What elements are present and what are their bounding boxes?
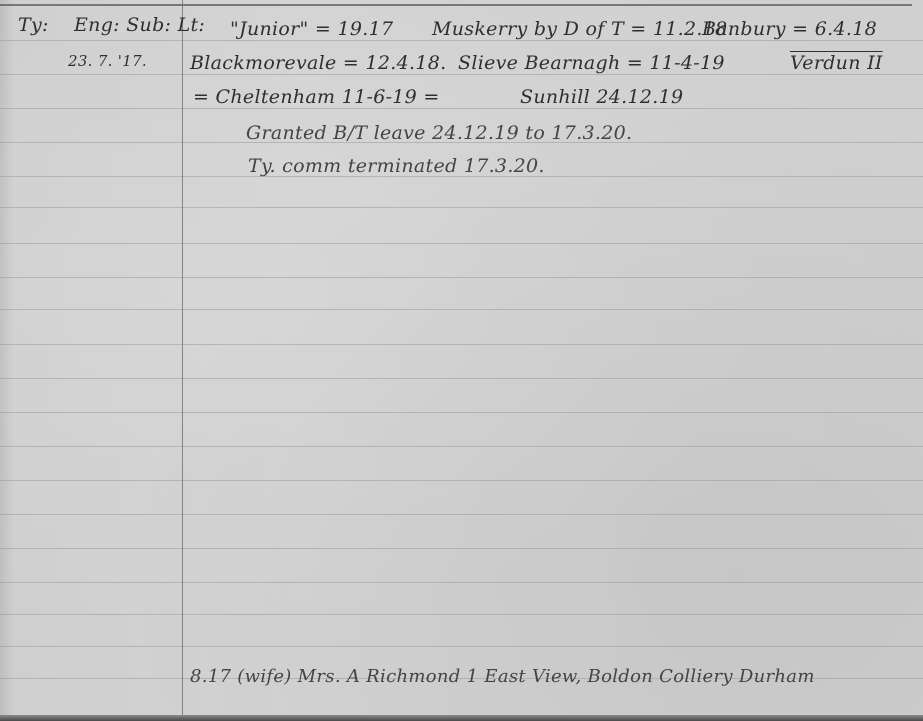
ruled-line [0,344,923,345]
ruled-line [0,480,923,481]
entry-1-ship-muskerry: Muskerry by D of T = 11.2.18. [432,18,734,40]
entry-3-ship-cheltenham: = Cheltenham 11-6-19 = [193,86,440,108]
ruled-line [0,108,923,109]
ruled-line [0,514,923,515]
ruled-line [0,243,923,244]
ledger-page: Ty: Eng: Sub: Lt: 23. 7. '17. "Junior" =… [0,0,923,721]
footer-next-of-kin-note: 8.17 (wife) Mrs. A Richmond 1 East View,… [190,666,815,687]
ruled-line [0,446,923,447]
margin-line [182,0,183,721]
ruled-line [0,309,923,310]
entry-2-ship-verdun: Verdun II [790,52,883,74]
entry-5-commission-terminated: Ty. comm terminated 17.3.20. [248,155,545,177]
margin-position-label: Eng: Sub: Lt: [74,14,205,36]
ruled-line [0,207,923,208]
ruled-line [0,277,923,278]
margin-date: 23. 7. '17. [68,52,147,70]
ruled-line [0,74,923,75]
ruled-line [0,40,923,41]
entry-1-ship-banbury: Banbury = 6.4.18 [702,18,877,40]
ruled-line [0,614,923,615]
ruled-line [0,412,923,413]
page-bottom-edge [0,715,923,721]
entry-1-ship-junior: "Junior" = 19.17 [230,18,393,40]
ruled-line [0,582,923,583]
ruled-line [0,378,923,379]
entry-3-ship-sunhill: Sunhill 24.12.19 [520,86,683,108]
entry-2-ship-blackmorevale: Blackmorevale = 12.4.18. [190,52,446,74]
ruled-line [0,548,923,549]
entry-2-ship-slieve-bearnagh: Slieve Bearnagh = 11-4-19 [458,52,725,74]
margin-rank-label: Ty: [18,14,49,36]
entry-4-leave-granted: Granted B/T leave 24.12.19 to 17.3.20. [246,122,632,144]
ruled-line [0,646,923,647]
top-border-line [0,4,912,6]
